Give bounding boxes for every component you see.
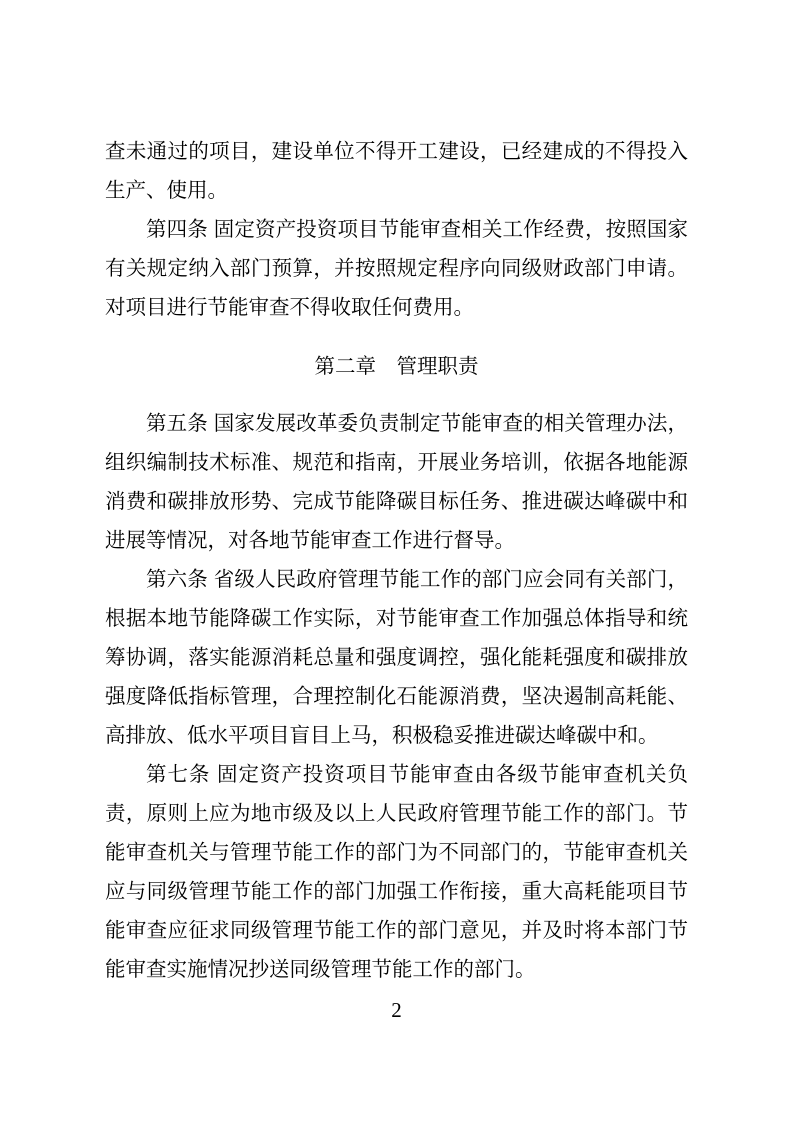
document-body: 查未通过的项目，建设单位不得开工建设，已经建成的不得投入生产、使用。 第四条 固… — [105, 132, 688, 989]
chapter-heading: 第二章 管理职责 — [105, 347, 688, 386]
paragraph-article-7: 第七条 固定资产投资项目节能审查由各级节能审查机关负责，原则上应为地市级及以上人… — [105, 755, 688, 989]
document-page: 查未通过的项目，建设单位不得开工建设，已经建成的不得投入生产、使用。 第四条 固… — [0, 0, 793, 1122]
paragraph-article-5: 第五条 国家发展改革委负责制定节能审查的相关管理办法，组织编制技术标准、规范和指… — [105, 404, 688, 560]
paragraph-continuation: 查未通过的项目，建设单位不得开工建设，已经建成的不得投入生产、使用。 — [105, 132, 688, 210]
paragraph-article-6: 第六条 省级人民政府管理节能工作的部门应会同有关部门，根据本地节能降碳工作实际，… — [105, 560, 688, 755]
paragraph-article-4: 第四条 固定资产投资项目节能审查相关工作经费，按照国家有关规定纳入部门预算，并按… — [105, 210, 688, 327]
page-number: 2 — [0, 998, 793, 1022]
